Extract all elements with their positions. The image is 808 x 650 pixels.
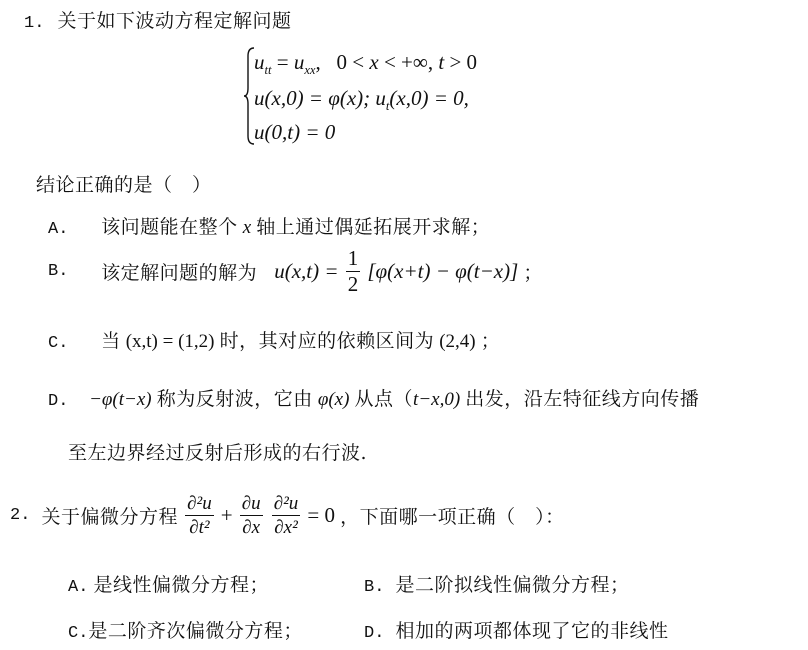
fraction-one-half: 1 2 <box>346 248 361 295</box>
question-1-title: 1. 关于如下波动方程定解问题 <box>24 6 292 33</box>
fraction-d2u-dt2: ∂²u ∂t² <box>185 494 214 537</box>
q2-option-c[interactable]: C.是二阶齐次偏微分方程； <box>68 616 303 643</box>
option-a[interactable]: A. 该问题能在整个 x 轴上通过偶延拓展开求解； <box>48 212 490 239</box>
question-2-title: 2. 关于偏微分方程 ∂²u ∂t² + ∂u ∂x ∂²u ∂x² = 0 ，… <box>10 494 565 537</box>
q2-option-b[interactable]: B. 是二阶拟线性偏微分方程； <box>364 570 630 597</box>
question-number: 1. <box>24 14 44 33</box>
equation-line-1: utt = uxx, 0 < x < +∞, t > 0 <box>254 50 477 78</box>
question-prompt: 结论正确的是（ ） <box>36 170 212 197</box>
option-b[interactable]: B. 该定解问题的解为 u(x,t) = 1 2 [φ(x+t) − φ(t−x… <box>48 248 543 295</box>
equation-line-3: u(0,t) = 0 <box>254 120 335 145</box>
fraction-du-dx: ∂u ∂x <box>240 494 263 537</box>
option-d[interactable]: D. −φ(t−x) 称为反射波，它由 φ(x) 从点（t−x,0) 出发，沿左… <box>48 384 699 411</box>
question-stem: 关于如下波动方程定解问题 <box>58 10 292 32</box>
option-d-continuation: 至左边界经过反射后形成的右行波. <box>68 438 367 465</box>
fraction-d2u-dx2: ∂²u ∂x² <box>272 494 301 537</box>
q2-option-d[interactable]: D. 相加的两项都体现了它的非线性 <box>364 616 669 643</box>
q2-option-a[interactable]: A. 是线性偏微分方程； <box>68 570 269 597</box>
equation-line-2: u(x,0) = φ(x); ut(x,0) = 0, <box>254 86 469 114</box>
option-c[interactable]: C. 当 (x,t) = (1,2) 时，其对应的依赖区间为 (2,4) ； <box>48 326 500 353</box>
